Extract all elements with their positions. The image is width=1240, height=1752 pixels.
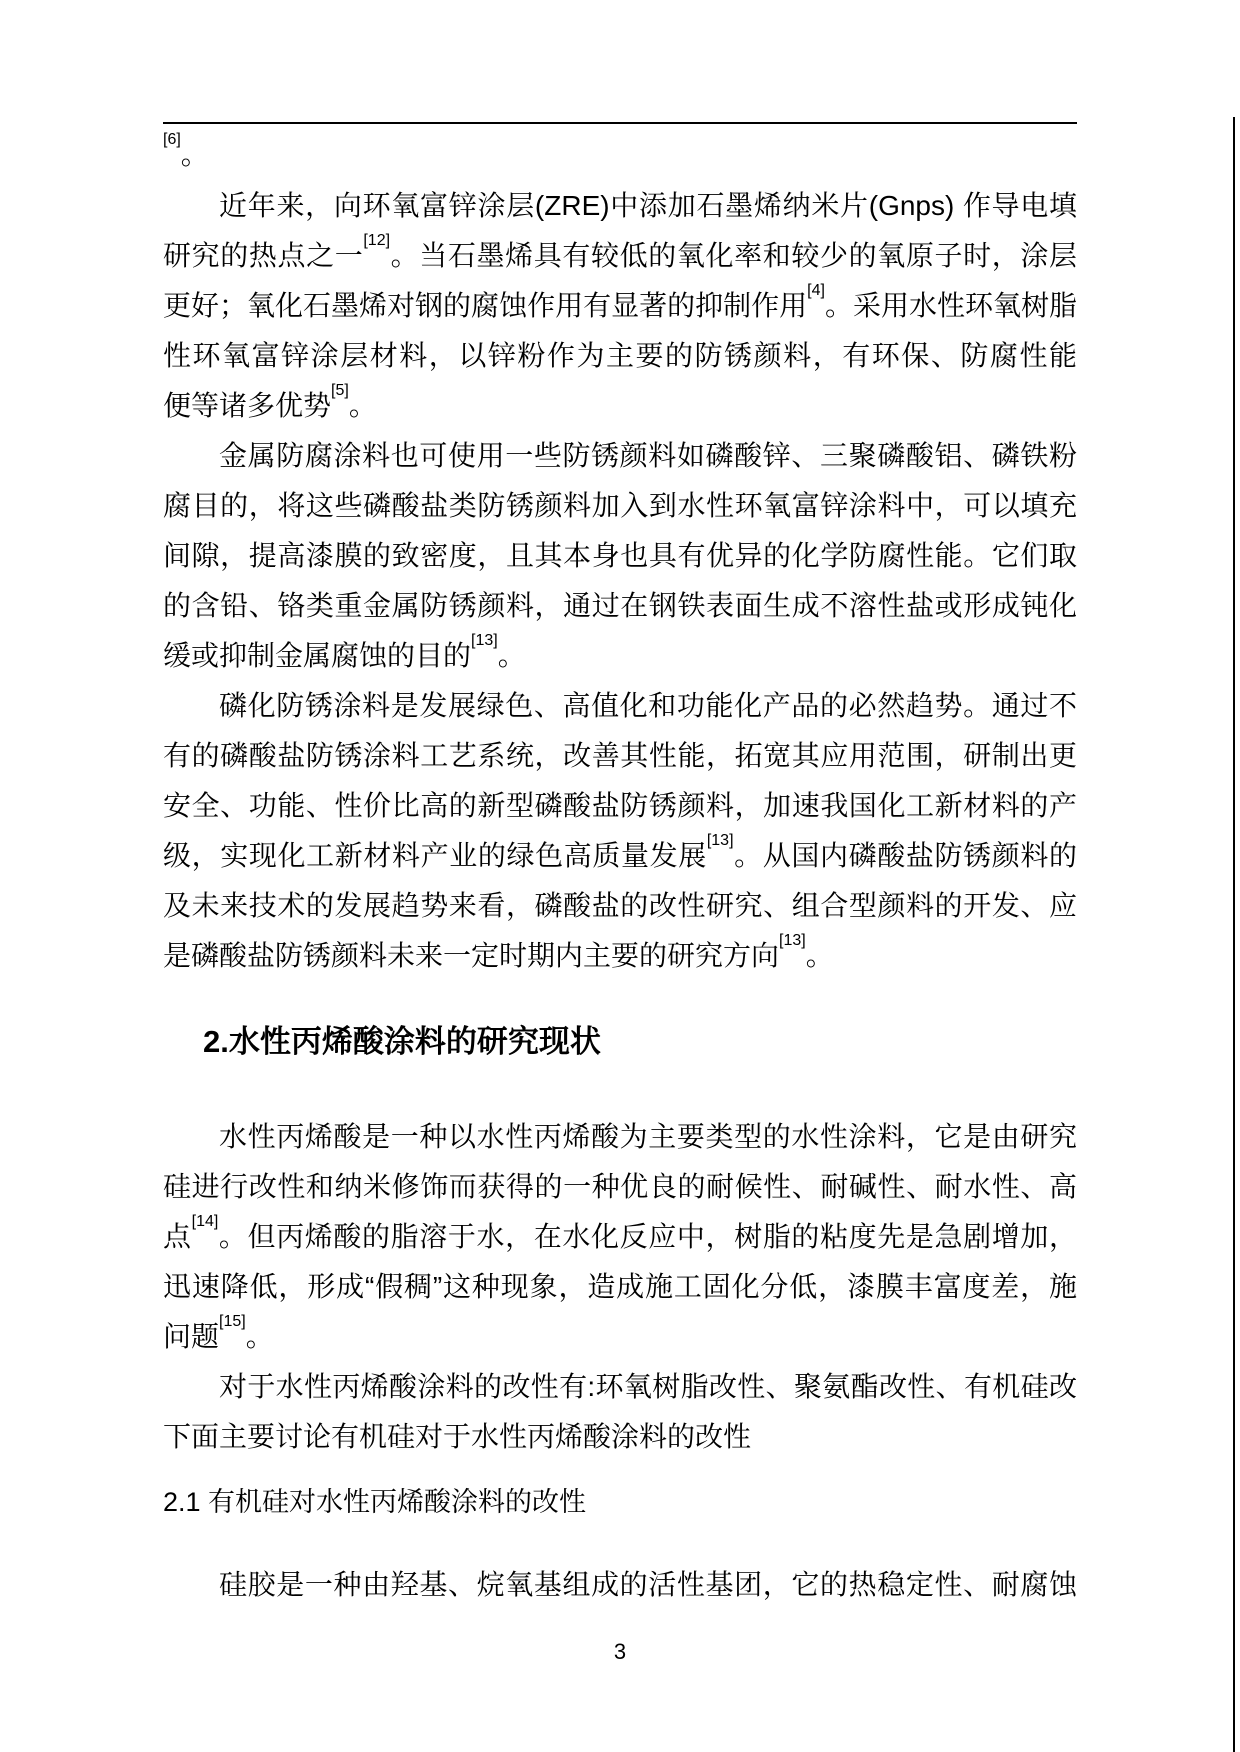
- document-page: [6]。 近年来，向环氧富锌涂层(ZRE)中添加石墨烯纳米片(Gnps) 作导电…: [0, 0, 1240, 1752]
- text-line: 对于水性丙烯酸涂料的改性有:环氧树脂改性、聚氨酯改性、有机硅改性等[16-19]…: [163, 1362, 1077, 1412]
- citation-superscript: [12]: [363, 232, 390, 249]
- text-line: 是磷酸盐防锈颜料未来一定时期内主要的研究方向[13]。: [163, 931, 1077, 981]
- text-line: 便等诸多优势[5]。: [163, 381, 1077, 431]
- text-line: 近年来，向环氧富锌涂层(ZRE)中添加石墨烯纳米片(Gnps) 作导电填料一直是: [163, 181, 1077, 231]
- header-rule: [163, 122, 1077, 124]
- text-line: 有的磷酸盐防锈涂料工艺系统，改善其性能，拓宽其应用范围，研制出更多环保、: [163, 731, 1077, 781]
- text-line: 腐目的，将这些磷酸盐类防锈颜料加入到水性环氧富锌涂料中，可以填充锌粉间的: [163, 481, 1077, 531]
- text-line: 安全、功能、性价比高的新型磷酸盐防锈颜料，加速我国化工新材料的产业转型升: [163, 781, 1077, 831]
- section-heading: 2.水性丙烯酸涂料的研究现状: [163, 1022, 1117, 1062]
- text-line: 水性丙烯酸是一种以水性丙烯酸为主要类型的水性涂料，它是由研究者对有机: [163, 1112, 1077, 1162]
- text-line: 级，实现化工新材料产业的绿色高质量发展[13]。从国内磷酸盐防锈颜料的专利申请: [163, 831, 1077, 881]
- text-line: 的含铅、铬类重金属防锈颜料，通过在钢铁表面生成不溶性盐或形成钝化层达到减: [163, 581, 1077, 631]
- page-number: 3: [163, 1637, 1077, 1667]
- citation-superscript: [6]: [163, 131, 181, 148]
- text-line: 缓或抑制金属腐蚀的目的[13]。: [163, 631, 1077, 681]
- text-line: 金属防腐涂料也可使用一些防锈颜料如磷酸锌、三聚磷酸铝、磷铁粉等达到防: [163, 431, 1077, 481]
- text-line: 间隙，提高漆膜的致密度，且其本身也具有优异的化学防腐性能。它们取代了传统: [163, 531, 1077, 581]
- citation-superscript: [14]: [192, 1213, 219, 1230]
- paragraph-phosphate-antirust-pigments: 金属防腐涂料也可使用一些防锈颜料如磷酸锌、三聚磷酸铝、磷铁粉等达到防腐目的，将这…: [163, 431, 1077, 681]
- text-line: 研究的热点之一[12]。当石墨烯具有较低的氧化率和较少的氧原子时，涂层的耐蚀性: [163, 231, 1077, 281]
- citation-superscript: [13]: [707, 832, 734, 849]
- text-line: 问题[15]。: [163, 1312, 1077, 1362]
- text-line: 点[14]。但丙烯酸的脂溶于水，在水化反应中，树脂的粘度先是急剧增加，随后粘度: [163, 1212, 1077, 1262]
- text-line: 磷化防锈涂料是发展绿色、高值化和功能化产品的必然趋势。通过不断改进现: [163, 681, 1077, 731]
- citation-superscript: [5]: [331, 382, 349, 399]
- text-line: 硅胶是一种由羟基、烷氧基组成的活性基团，它的热稳定性、耐腐蚀性、疏水: [163, 1560, 1077, 1610]
- citation-superscript: [15]: [219, 1313, 246, 1330]
- paragraph-silica-gel-groups: 硅胶是一种由羟基、烷氧基组成的活性基团，它的热稳定性、耐腐蚀性、疏水: [163, 1560, 1077, 1610]
- citation-superscript: [13]: [471, 632, 498, 649]
- text-line: [6]。: [163, 130, 1077, 180]
- paragraph-zinc-rich-epoxy-graphene: 近年来，向环氧富锌涂层(ZRE)中添加石墨烯纳米片(Gnps) 作导电填料一直是…: [163, 181, 1077, 431]
- paragraph-waterborne-acrylic-intro: 水性丙烯酸是一种以水性丙烯酸为主要类型的水性涂料，它是由研究者对有机硅进行改性和…: [163, 1112, 1077, 1362]
- page-edge-line: [1233, 117, 1235, 1752]
- dangling-citation-line: [6]。: [163, 130, 1077, 180]
- text-line: 更好；氧化石墨烯对钢的腐蚀作用有显著的抑制作用[4]。采用水性环氧树脂作为水: [163, 281, 1077, 331]
- subsection-heading: 2.1 有机硅对水性丙烯酸涂料的改性: [163, 1484, 1077, 1520]
- paragraph-acrylic-modification-types: 对于水性丙烯酸涂料的改性有:环氧树脂改性、聚氨酯改性、有机硅改性等[16-19]…: [163, 1362, 1077, 1462]
- text-line: 性环氧富锌涂层材料，以锌粉作为主要的防锈颜料，有环保、防腐性能好、施工方: [163, 331, 1077, 381]
- text-line: 硅进行改性和纳米修饰而获得的一种优良的耐候性、耐碱性、耐水性、高密度等优: [163, 1162, 1077, 1212]
- text-line: 迅速降低，形成“假稠”这种现象，造成施工固化分低，漆膜丰富度差，施工困难等: [163, 1262, 1077, 1312]
- citation-superscript: [4]: [807, 282, 825, 299]
- text-line: 及未来技术的发展趋势来看，磷酸盐的改性研究、组合型颜料的开发、应用研究等，: [163, 881, 1077, 931]
- paragraph-phosphating-antirust-trend: 磷化防锈涂料是发展绿色、高值化和功能化产品的必然趋势。通过不断改进现有的磷酸盐防…: [163, 681, 1077, 981]
- citation-superscript: [13]: [779, 932, 806, 949]
- text-line: 下面主要讨论有机硅对于水性丙烯酸涂料的改性: [163, 1412, 1077, 1462]
